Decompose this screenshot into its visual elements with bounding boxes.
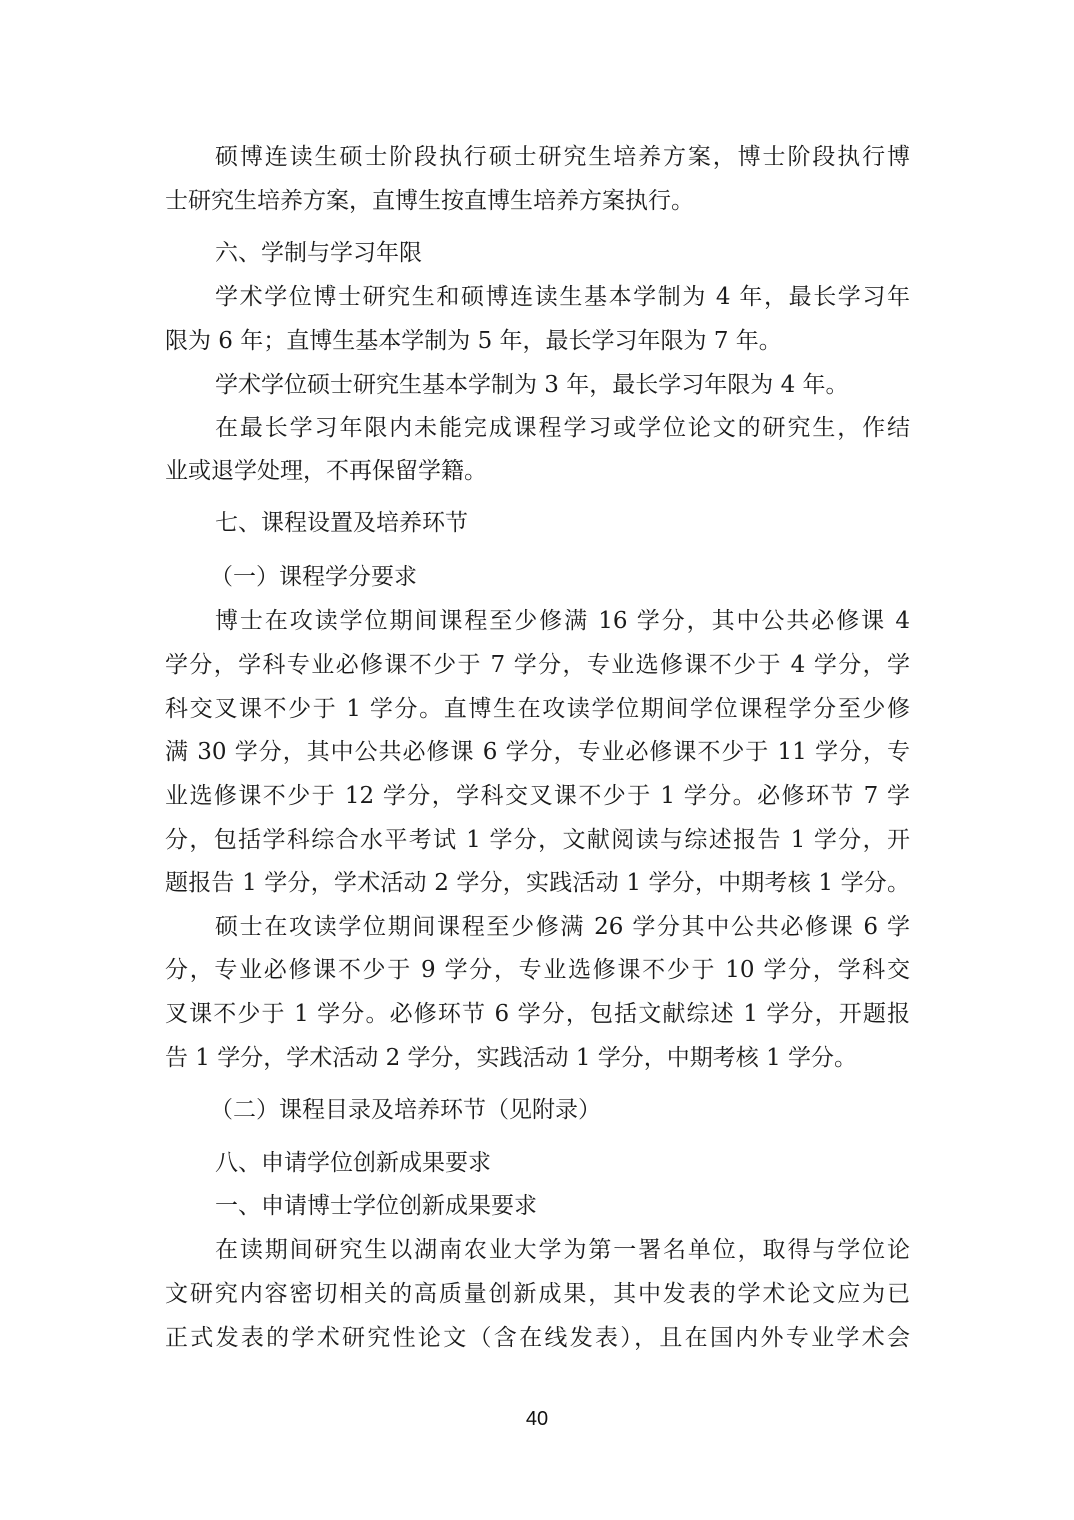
paragraph-line: 硕博连读生硕士阶段执行硕士研究生培养方案，博士阶段执行博 xyxy=(215,142,910,172)
paragraph-line: 科交叉课不少于 1 学分。直博生在攻读学位期间学位课程学分至少修 xyxy=(165,694,910,724)
paragraph-line: 业或退学处理，不再保留学籍。 xyxy=(165,456,910,486)
page-number: 40 xyxy=(507,1408,567,1431)
section-heading: 八、申请学位创新成果要求 xyxy=(215,1148,910,1178)
section-heading: 六、学制与学习年限 xyxy=(215,238,910,268)
section-heading: 七、课程设置及培养环节 xyxy=(215,508,910,538)
paragraph-line: 硕士在攻读学位期间课程至少修满 26 学分其中公共必修课 6 学 xyxy=(215,912,910,942)
paragraph-line: 分，专业必修课不少于 9 学分，专业选修课不少于 10 学分，学科交 xyxy=(165,955,910,985)
paragraph-line: 士研究生培养方案，直博生按直博生培养方案执行。 xyxy=(165,186,910,216)
paragraph-line: 博士在攻读学位期间课程至少修满 16 学分，其中公共必修课 4 xyxy=(215,606,910,636)
paragraph-line: 学术学位硕士研究生基本学制为 3 年，最长学习年限为 4 年。 xyxy=(215,370,910,400)
paragraph-line: 学分，学科专业必修课不少于 7 学分，专业选修课不少于 4 学分，学 xyxy=(165,650,910,680)
paragraph-line: 限为 6 年；直博生基本学制为 5 年，最长学习年限为 7 年。 xyxy=(165,326,910,356)
paragraph-line: 分，包括学科综合水平考试 1 学分，文献阅读与综述报告 1 学分，开 xyxy=(165,825,910,855)
document-page: 硕博连读生硕士阶段执行硕士研究生培养方案，博士阶段执行博 士研究生培养方案，直博… xyxy=(0,0,1074,1520)
paragraph-line: 在读期间研究生以湖南农业大学为第一署名单位，取得与学位论 xyxy=(215,1235,910,1265)
paragraph-line: 在最长学习年限内未能完成课程学习或学位论文的研究生，作结 xyxy=(215,413,910,443)
paragraph-line: 学术学位博士研究生和硕博连读生基本学制为 4 年，最长学习年 xyxy=(215,282,910,312)
paragraph-line: 满 30 学分，其中公共必修课 6 学分，专业必修课不少于 11 学分，专 xyxy=(165,737,910,767)
paragraph-line: 文研究内容密切相关的高质量创新成果，其中发表的学术论文应为已 xyxy=(165,1279,910,1309)
paragraph-line: 题报告 1 学分，学术活动 2 学分，实践活动 1 学分，中期考核 1 学分。 xyxy=(165,868,910,898)
subsection-heading: 一、申请博士学位创新成果要求 xyxy=(215,1191,910,1221)
subsection-heading: （一）课程学分要求 xyxy=(210,562,955,592)
subsection-heading: （二）课程目录及培养环节（见附录） xyxy=(210,1095,955,1125)
paragraph-line: 正式发表的学术研究性论文（含在线发表），且在国内外专业学术会 xyxy=(165,1323,910,1353)
paragraph-line: 叉课不少于 1 学分。必修环节 6 学分，包括文献综述 1 学分，开题报 xyxy=(165,999,910,1029)
paragraph-line: 业选修课不少于 12 学分，学科交叉课不少于 1 学分。必修环节 7 学 xyxy=(165,781,910,811)
paragraph-line: 告 1 学分，学术活动 2 学分，实践活动 1 学分，中期考核 1 学分。 xyxy=(165,1043,910,1073)
